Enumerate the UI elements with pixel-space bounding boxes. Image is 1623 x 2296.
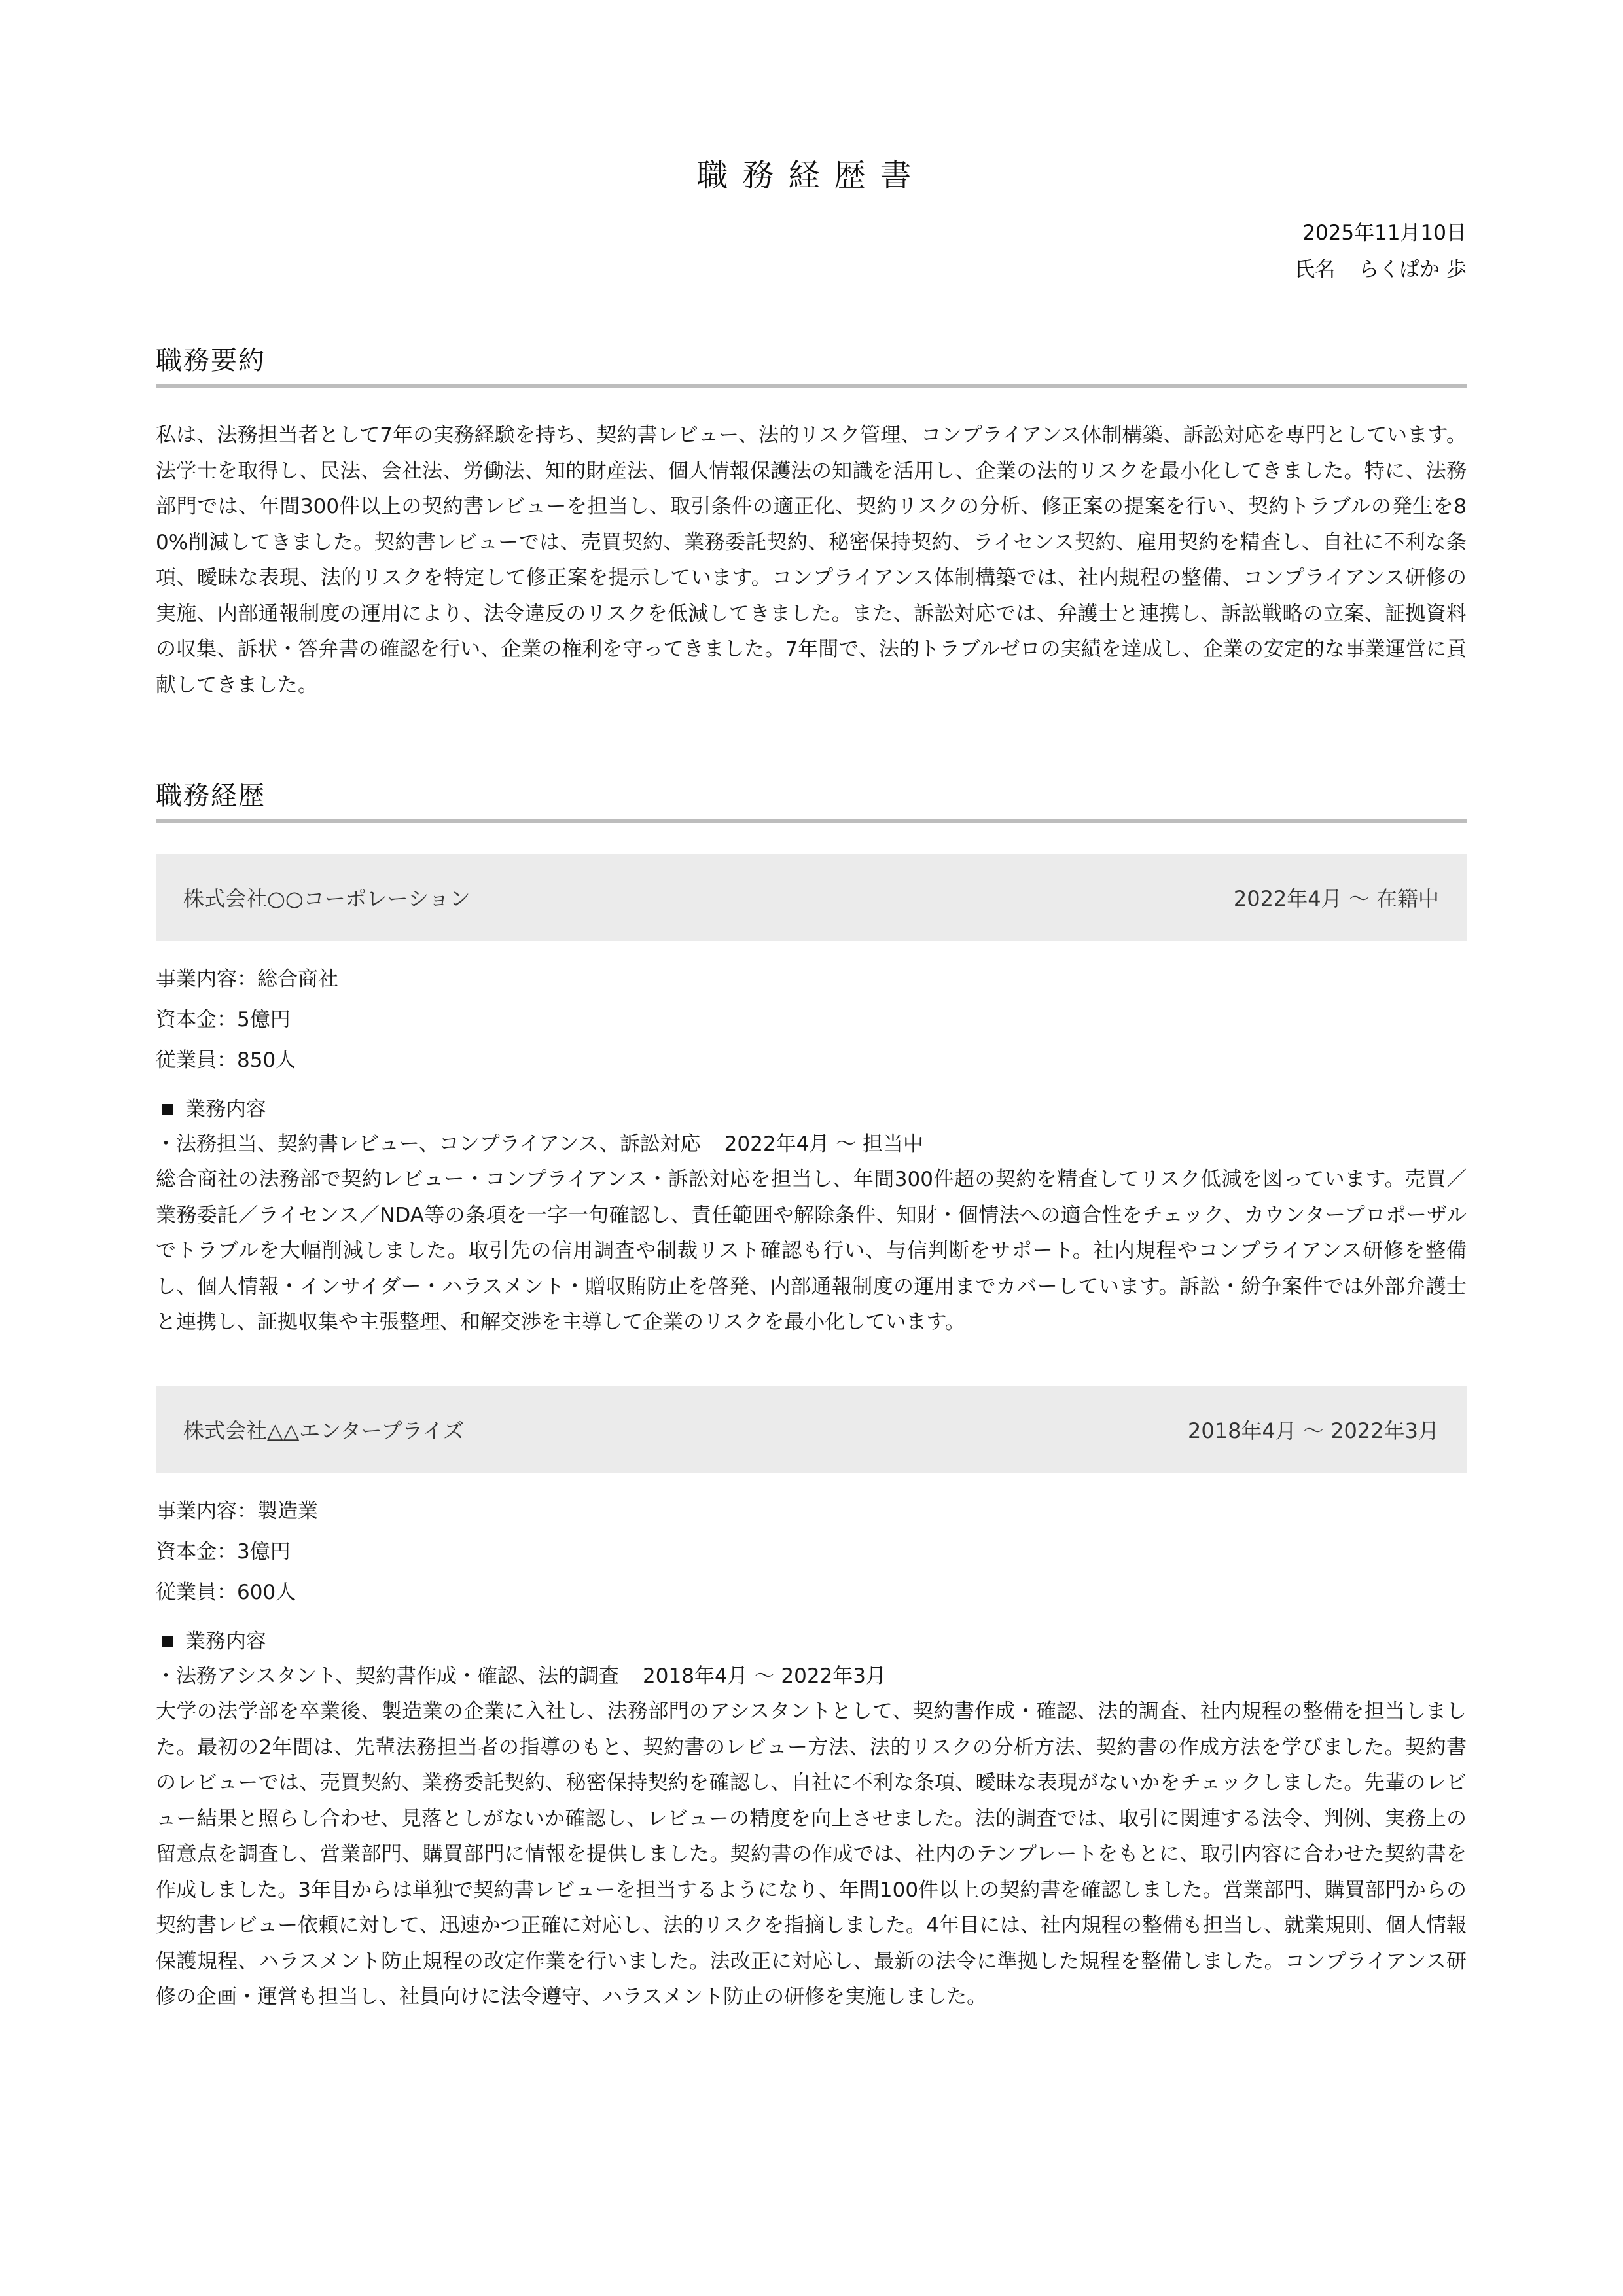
duties-heading: 業務内容	[156, 1624, 1467, 1659]
duties-heading-label: 業務内容	[185, 1624, 266, 1659]
duty-title: ・法務担当、契約書レビュー、コンプライアンス、訴訟対応	[156, 1132, 701, 1156]
square-bullet-icon	[162, 1636, 173, 1647]
company-header: 株式会社△△エンタープライズ 2018年4月 〜 2022年3月	[156, 1386, 1467, 1473]
company-header: 株式会社○○コーポレーション 2022年4月 〜 在籍中	[156, 854, 1467, 941]
duty-period: 2018年4月 〜 2022年3月	[643, 1664, 886, 1688]
duty-description: 総合商社の法務部で契約レビュー・コンプライアンス・訴訟対応を担当し、年間300件…	[156, 1162, 1467, 1340]
duty-description: 大学の法学部を卒業後、製造業の企業に入社し、法務部門のアシスタントとして、契約書…	[156, 1694, 1467, 2015]
company-info: 事業内容：総合商社 資本金：5億円 従業員：850人	[156, 959, 1467, 1081]
summary-text: 私は、法務担当者として7年の実務経験を持ち、契約書レビュー、法的リスク管理、コン…	[156, 418, 1467, 703]
section-title: 職務経歴	[156, 780, 1467, 812]
section-divider	[156, 819, 1467, 823]
section-history-heading: 職務経歴	[156, 780, 1467, 823]
employment-period: 2018年4月 〜 2022年3月	[1188, 1414, 1439, 1444]
duties-heading-label: 業務内容	[185, 1092, 266, 1126]
duties-heading: 業務内容	[156, 1092, 1467, 1126]
name-label: 氏名	[1294, 258, 1335, 281]
employees: 従業員：600人	[156, 1572, 1467, 1613]
duty-summary-line: ・法務担当、契約書レビュー、コンプライアンス、訴訟対応2022年4月 〜 担当中	[156, 1126, 1467, 1162]
name-value: らくぱか 歩	[1359, 258, 1467, 281]
business-type: 事業内容：総合商社	[156, 959, 1467, 999]
duty-summary-line: ・法務アシスタント、契約書作成・確認、法的調査2018年4月 〜 2022年3月	[156, 1659, 1467, 1694]
company-name: 株式会社○○コーポレーション	[183, 882, 471, 912]
section-summary-heading: 職務要約	[156, 344, 1467, 388]
duty-title: ・法務アシスタント、契約書作成・確認、法的調査	[156, 1664, 619, 1688]
square-bullet-icon	[162, 1104, 173, 1115]
applicant-name-line: 氏名らくぱか 歩	[1294, 257, 1467, 283]
document-date: 2025年11月10日	[1302, 220, 1467, 246]
company-name: 株式会社△△エンタープライズ	[183, 1414, 464, 1444]
company-entry: 株式会社○○コーポレーション 2022年4月 〜 在籍中 事業内容：総合商社 資…	[156, 854, 1467, 1340]
section-divider	[156, 384, 1467, 388]
capital: 資本金：5億円	[156, 999, 1467, 1040]
document-title: 職務経歴書	[156, 156, 1467, 195]
employees: 従業員：850人	[156, 1040, 1467, 1081]
duty-period: 2022年4月 〜 担当中	[724, 1132, 923, 1156]
section-title: 職務要約	[156, 344, 1467, 377]
capital: 資本金：3億円	[156, 1532, 1467, 1572]
company-info: 事業内容：製造業 資本金：3億円 従業員：600人	[156, 1491, 1467, 1613]
company-entry: 株式会社△△エンタープライズ 2018年4月 〜 2022年3月 事業内容：製造…	[156, 1386, 1467, 2015]
business-type: 事業内容：製造業	[156, 1491, 1467, 1532]
employment-period: 2022年4月 〜 在籍中	[1234, 882, 1439, 912]
